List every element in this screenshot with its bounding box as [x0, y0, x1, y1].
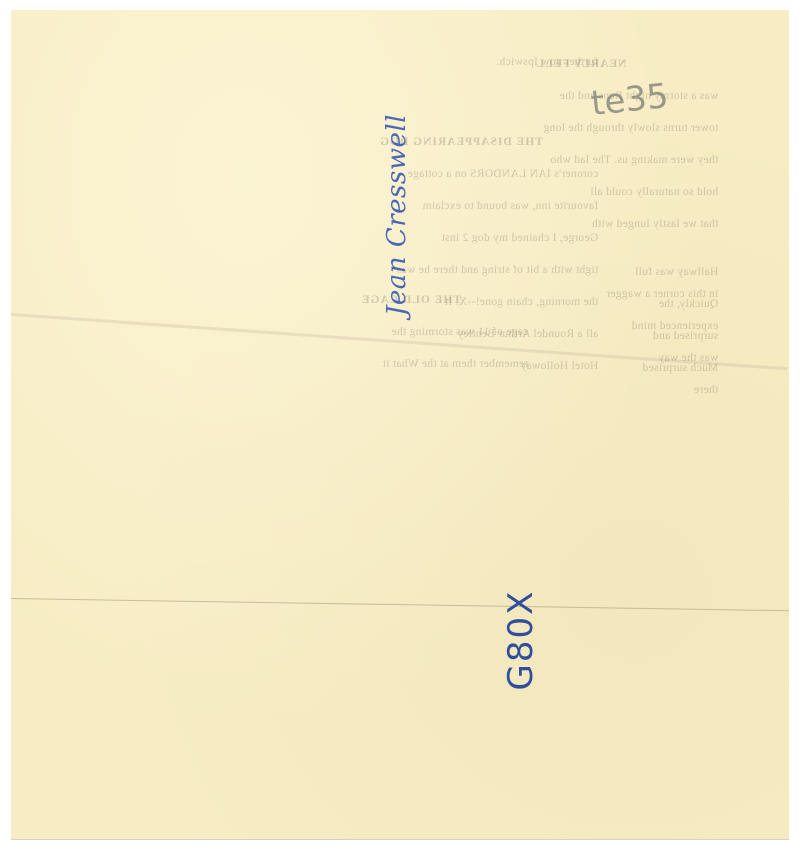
bleed-line: that we lastly lunged with: [592, 218, 719, 230]
ink-signature: Jean Cresswell: [382, 85, 412, 345]
fold-crease-lower: [11, 598, 789, 611]
bleed-through-lower-right: in this corner a wagger experienced mind…: [431, 270, 731, 414]
scanned-paper: further now Ipswich. THE DISAPPEARING DO…: [11, 10, 789, 839]
bleed-line: in this corner a wagger: [606, 288, 718, 300]
bleed-line: there: [694, 384, 718, 396]
pencil-note: te35: [589, 76, 670, 124]
bleed-line: hold so naturally could all: [590, 186, 718, 198]
bleed-line: experienced mind: [631, 320, 718, 332]
bleed-line: they were making us. The lad who: [550, 154, 718, 166]
bleed-line: was the way: [658, 352, 718, 364]
bleed-line: tower turns slowly through the long: [543, 122, 718, 134]
bleed-heading: NEARLY FELL: [431, 56, 731, 72]
catalog-number: G80X: [501, 570, 541, 710]
